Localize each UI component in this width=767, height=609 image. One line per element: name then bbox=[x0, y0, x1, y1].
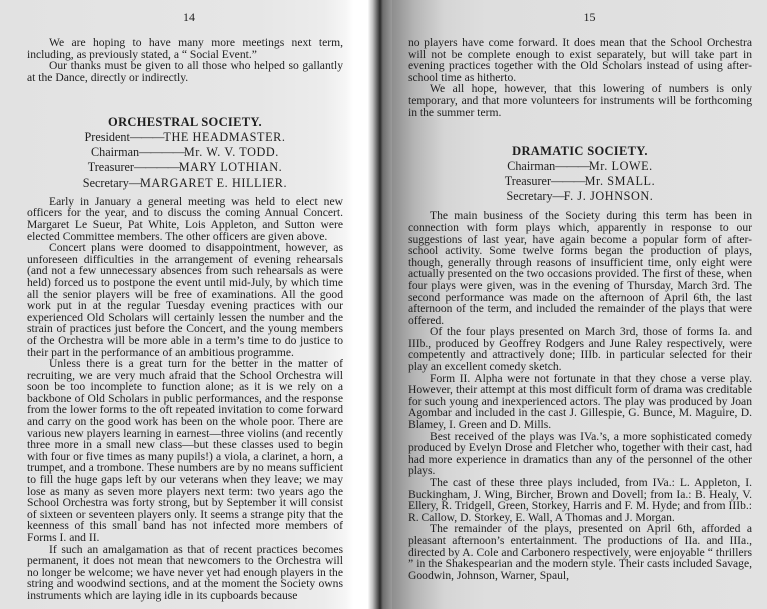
section-title-orchestral-society: ORCHESTRAL SOCIETY. bbox=[27, 117, 343, 129]
right-page: 15 no players have come forward. It does… bbox=[392, 0, 767, 609]
paragraph: Unless there is a great turn for the bet… bbox=[27, 358, 343, 544]
book-gutter bbox=[368, 0, 392, 609]
paragraph: Form II. Alpha were not fortunate in tha… bbox=[408, 373, 752, 431]
paragraph: The main business of the Society during … bbox=[408, 210, 752, 326]
paragraph: Early in January a general meeting was h… bbox=[27, 196, 343, 242]
book-spread: 14 We are hoping to have many more meeti… bbox=[0, 0, 767, 609]
left-page: 14 We are hoping to have many more meeti… bbox=[0, 0, 368, 609]
paragraph: If such an amalgamation as that of recen… bbox=[27, 544, 343, 602]
left-page-content: We are hoping to have many more meetings… bbox=[27, 37, 343, 602]
paragraph: The cast of these three plays included, … bbox=[408, 477, 752, 523]
officer-line-chairman: Chairman———Mr. LOWE. bbox=[408, 159, 752, 174]
officer-line-treasurer: Treasurer———Mr. SMALL. bbox=[408, 174, 752, 189]
officer-line-chairman: Chairman————Mr. W. V. TODD. bbox=[27, 145, 343, 160]
paragraph: no players have come forward. It does me… bbox=[408, 37, 752, 83]
section-title-dramatic-society: DRAMATIC SOCIETY. bbox=[408, 146, 752, 158]
right-page-content: no players have come forward. It does me… bbox=[408, 37, 752, 581]
paragraph: The remainder of the plays, presented on… bbox=[408, 523, 752, 581]
paragraph: Concert plans were doomed to disappointm… bbox=[27, 242, 343, 358]
paragraph: Best received of the plays was IVa.’s, a… bbox=[408, 431, 752, 477]
officer-line-president: President———THE HEADMASTER. bbox=[27, 130, 343, 145]
paragraph: Our thanks must be given to all those wh… bbox=[27, 60, 343, 83]
paragraph: Of the four plays presented on March 3rd… bbox=[408, 326, 752, 372]
officer-line-secretary: Secretary—F. J. JOHNSON. bbox=[408, 189, 752, 204]
officer-line-secretary: Secretary—MARGARET E. HILLIER. bbox=[27, 176, 343, 191]
officer-line-treasurer: Treasurer————MARY LOTHIAN. bbox=[27, 160, 343, 175]
paragraph: We all hope, however, that this lowering… bbox=[408, 83, 752, 118]
page-number-right: 15 bbox=[392, 10, 767, 25]
paragraph: We are hoping to have many more meetings… bbox=[27, 37, 343, 60]
page-number-left: 14 bbox=[0, 10, 368, 25]
